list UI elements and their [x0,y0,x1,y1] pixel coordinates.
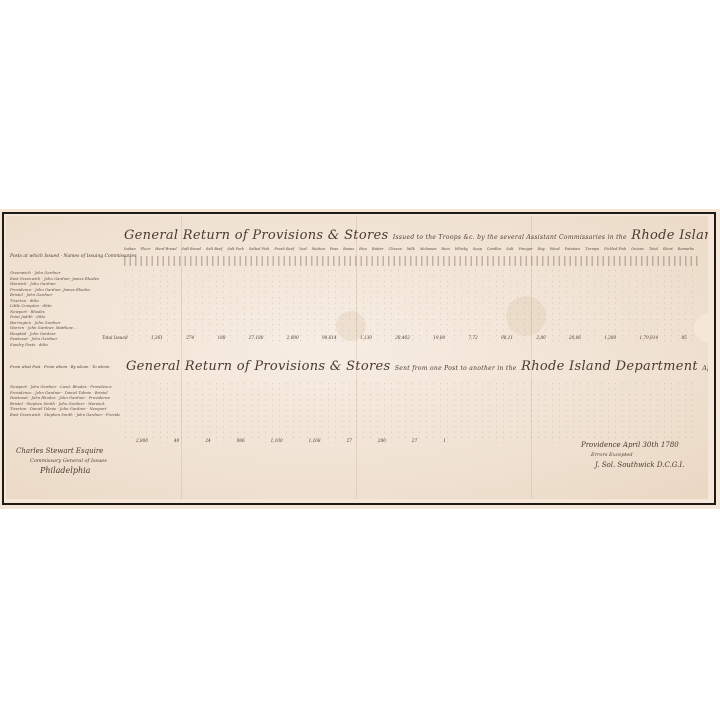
total-value: 19,80 [433,335,445,340]
column-header: Rice [359,247,367,251]
total-value: 274 [186,335,194,340]
total-value: 1 [443,438,446,443]
column-header: Indian [124,247,136,251]
second-title: General Return of Provisions & Stores Se… [126,359,708,374]
transfer-header: From what Post · From whom · By whom · T… [10,364,109,369]
column-header: Cheese [389,247,402,251]
total-value: 2,000 [287,335,299,340]
column-header: Veal [299,247,307,251]
total-value: 20,06 [569,335,581,340]
left-column-header: Posts at which Issued · Names of Issuing… [10,254,137,259]
column-header: Turnips [585,247,599,251]
total-value: 200 [378,438,386,443]
total-value: 188 [218,335,226,340]
total-value: 98,11 [501,335,513,340]
column-headers: IndianFlourHard BreadSoft BreadSalt Beef… [124,247,694,251]
column-header: Fresh Beef [274,247,294,251]
column-header: Salt [506,247,513,251]
column-header: Milk [407,247,415,251]
total-value: 1,361 [151,335,163,340]
column-header: Remarks [678,247,694,251]
column-header: Vinegar [518,247,532,251]
transfer-row-label: Tiverton · Daniel Tolmie · John Gardner … [10,406,120,412]
issue-row-label: Sundry Posts · ditto [10,342,120,348]
column-header: Potatoes [565,247,581,251]
transfer-table-grid [122,381,697,443]
column-header: Peas [330,247,338,251]
column-header: Salt Beef [206,247,223,251]
column-header: Salt Pork [227,247,244,251]
column-header: Candles [487,247,502,251]
total-value: 1,280 [604,335,616,340]
column-header: Wood [550,247,560,251]
column-header: Rum [441,247,449,251]
total-value: 7,72 [468,335,477,340]
transfer-row-label: Pawtuxet · John Rhodes · John Gardner · … [10,395,120,401]
addressee-block: Charles Stewart Esquire Commissary Gener… [16,446,107,476]
column-header: Soft Bread [182,247,201,251]
main-title: General Return of Provisions & Stores Is… [124,228,708,243]
column-header: Pickled Fish [604,247,626,251]
transfer-row-label: East Greenwich · Stephen Smith · John Ga… [10,412,120,418]
column-header: Short [663,247,673,251]
transfer-row-labels: Newport · John Gardner · Lieut. Rhodes ·… [10,384,120,417]
total-value: 27 [347,438,352,443]
total-value: 1,100 [271,438,283,443]
column-header: Mutton [312,247,325,251]
total-value: Total Issued [102,335,128,340]
column-header: Butter [372,247,384,251]
signature-block: Providence April 30th 1780 Errors Except… [581,440,684,470]
unit-marks [124,256,699,266]
manuscript-paper: General Return of Provisions & Stores Is… [6,216,708,499]
total-value: 40 [174,438,179,443]
total-value: 85 [681,335,686,340]
total-value: 28,462 [395,335,410,340]
transfer-row-label: Newport · John Gardner · Lieut. Rhodes ·… [10,384,120,390]
total-value: 1,168 [309,438,321,443]
total-value: 24 [205,438,210,443]
total-value: 2,80 [536,335,545,340]
column-header: Soap [473,247,482,251]
total-value: 986 [237,438,245,443]
total-value: 2,800 [136,438,148,443]
column-header: Beans [343,247,354,251]
column-header: Whisky [455,247,468,251]
column-header: Hard Bread [155,247,176,251]
total-value: 27 [412,438,417,443]
column-header: Molasses [420,247,437,251]
total-value: 1,130 [360,335,372,340]
total-value: 27,180 [249,335,264,340]
column-header: Salted Fish [249,247,270,251]
column-header: Onions [631,247,644,251]
column-header: Flour [141,247,151,251]
column-header: Hay [538,247,545,251]
total-value: 1,79,814 [640,335,659,340]
transfer-totals-row: 2,80040249861,1001,16827200271 [136,438,446,443]
column-header: Total [649,247,658,251]
total-value: 98,614 [322,335,337,340]
issue-totals-row: Total Issued1,36127418827,1802,00098,614… [102,335,687,340]
